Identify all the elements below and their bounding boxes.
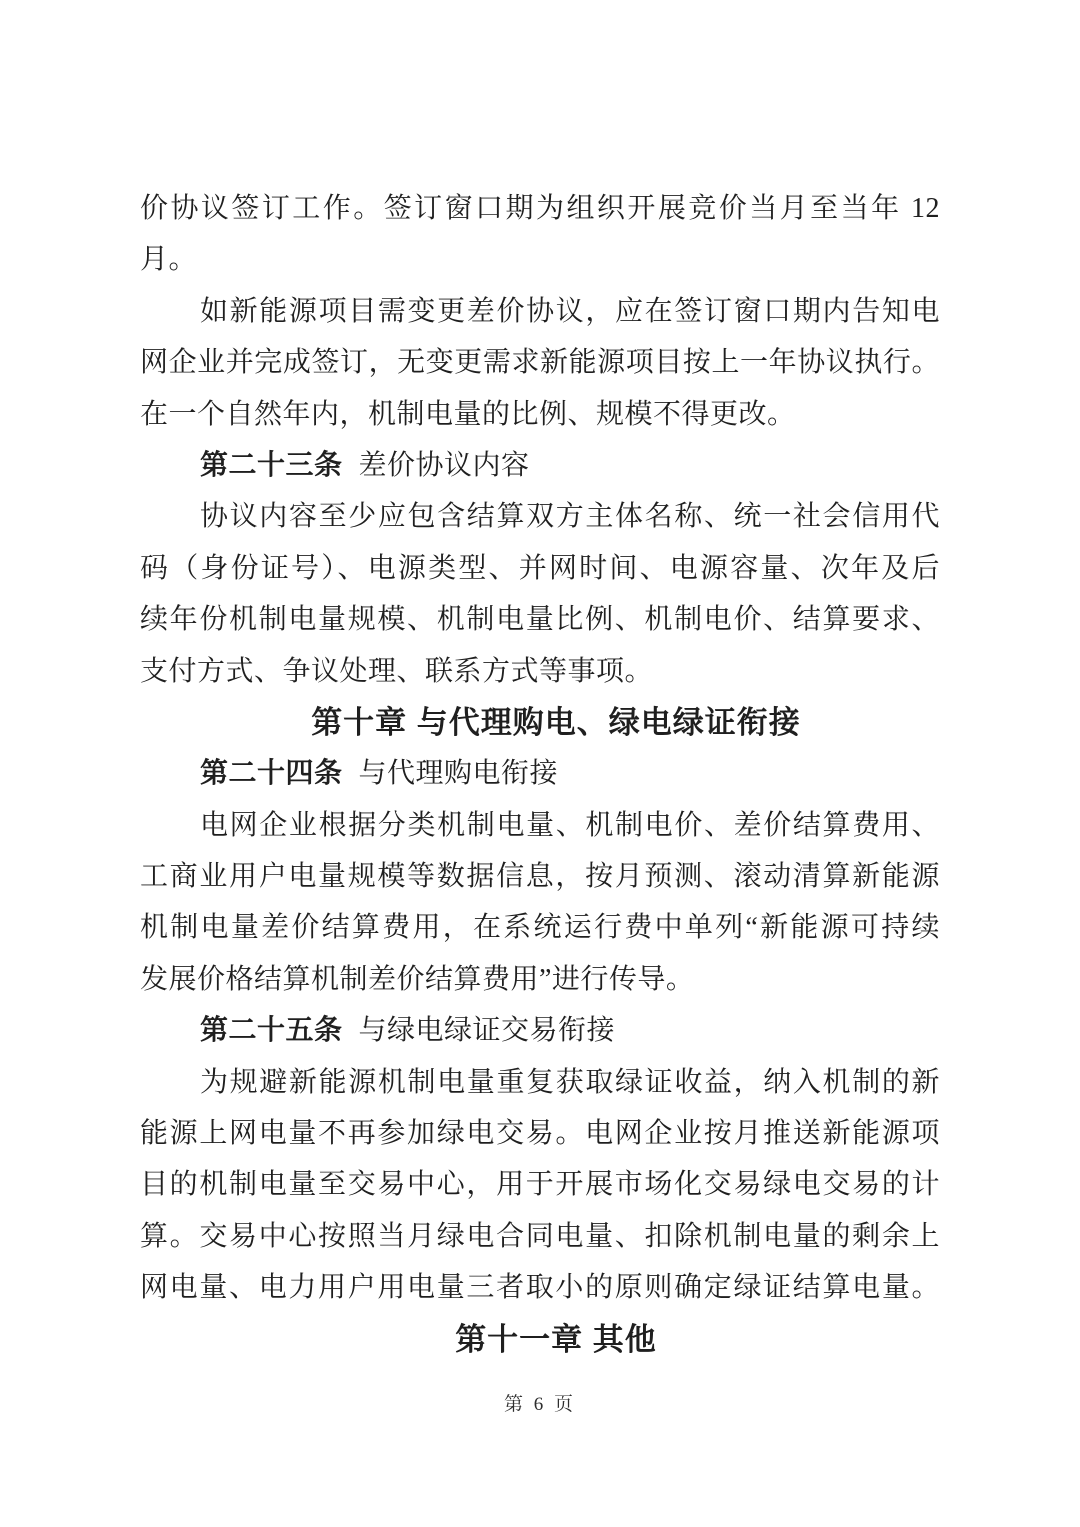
document-page: { "page": { "background": "#ffffff", "te… bbox=[0, 0, 1080, 1527]
chapter-heading: 第十一章 其他 bbox=[140, 1314, 940, 1365]
article-heading: 第二十五条与绿电绿证交易衔接 bbox=[140, 1005, 940, 1056]
article-number: 第二十三条 bbox=[200, 450, 343, 481]
article-number: 第二十四条 bbox=[200, 758, 343, 789]
paragraph-line: 码（身份证号）、电源类型、并网时间、电源容量、次年及后 bbox=[140, 543, 940, 594]
paragraph-line: 续年份机制电量规模、机制电量比例、机制电价、结算要求、 bbox=[140, 594, 940, 645]
paragraph-line: 协议内容至少应包含结算双方主体名称、统一社会信用代 bbox=[140, 491, 940, 542]
article-title: 与代理购电衔接 bbox=[359, 758, 559, 789]
paragraph-line: 目的机制电量至交易中心，用于开展市场化交易绿电交易的计 bbox=[140, 1159, 940, 1210]
page-number: 第 6 页 bbox=[0, 1389, 1080, 1416]
paragraph-line: 发展价格结算机制差价结算费用”进行传导。 bbox=[140, 954, 940, 1005]
paragraph-line: 工商业用户电量规模等数据信息，按月预测、滚动清算新能源 bbox=[140, 851, 940, 902]
paragraph-line: 网电量、电力用户用电量三者取小的原则确定绿证结算电量。 bbox=[140, 1262, 940, 1313]
document-body: 价协议签订工作。签订窗口期为组织开展竞价当月至当年 12月。如新能源项目需变更差… bbox=[140, 183, 940, 1365]
article-title: 与绿电绿证交易衔接 bbox=[359, 1015, 616, 1046]
paragraph-line: 支付方式、争议处理、联系方式等事项。 bbox=[140, 646, 940, 697]
article-number: 第二十五条 bbox=[200, 1015, 343, 1046]
paragraph-line: 在一个自然年内，机制电量的比例、规模不得更改。 bbox=[140, 389, 940, 440]
chapter-heading: 第十章 与代理购电、绿电绿证衔接 bbox=[140, 697, 940, 748]
article-heading: 第二十四条与代理购电衔接 bbox=[140, 748, 940, 799]
paragraph-line: 为规避新能源机制电量重复获取绿证收益，纳入机制的新 bbox=[140, 1057, 940, 1108]
article-title: 差价协议内容 bbox=[359, 450, 530, 481]
paragraph-line: 算。交易中心按照当月绿电合同电量、扣除机制电量的剩余上 bbox=[140, 1211, 940, 1262]
paragraph-line: 价协议签订工作。签订窗口期为组织开展竞价当月至当年 12 bbox=[140, 183, 940, 234]
paragraph-line: 网企业并完成签订，无变更需求新能源项目按上一年协议执行。 bbox=[140, 337, 940, 388]
paragraph-line: 电网企业根据分类机制电量、机制电价、差价结算费用、 bbox=[140, 800, 940, 851]
paragraph-line: 月。 bbox=[140, 234, 940, 285]
paragraph-line: 如新能源项目需变更差价协议，应在签订窗口期内告知电 bbox=[140, 286, 940, 337]
paragraph-line: 能源上网电量不再参加绿电交易。电网企业按月推送新能源项 bbox=[140, 1108, 940, 1159]
article-heading: 第二十三条差价协议内容 bbox=[140, 440, 940, 491]
paragraph-line: 机制电量差价结算费用，在系统运行费中单列“新能源可持续 bbox=[140, 902, 940, 953]
